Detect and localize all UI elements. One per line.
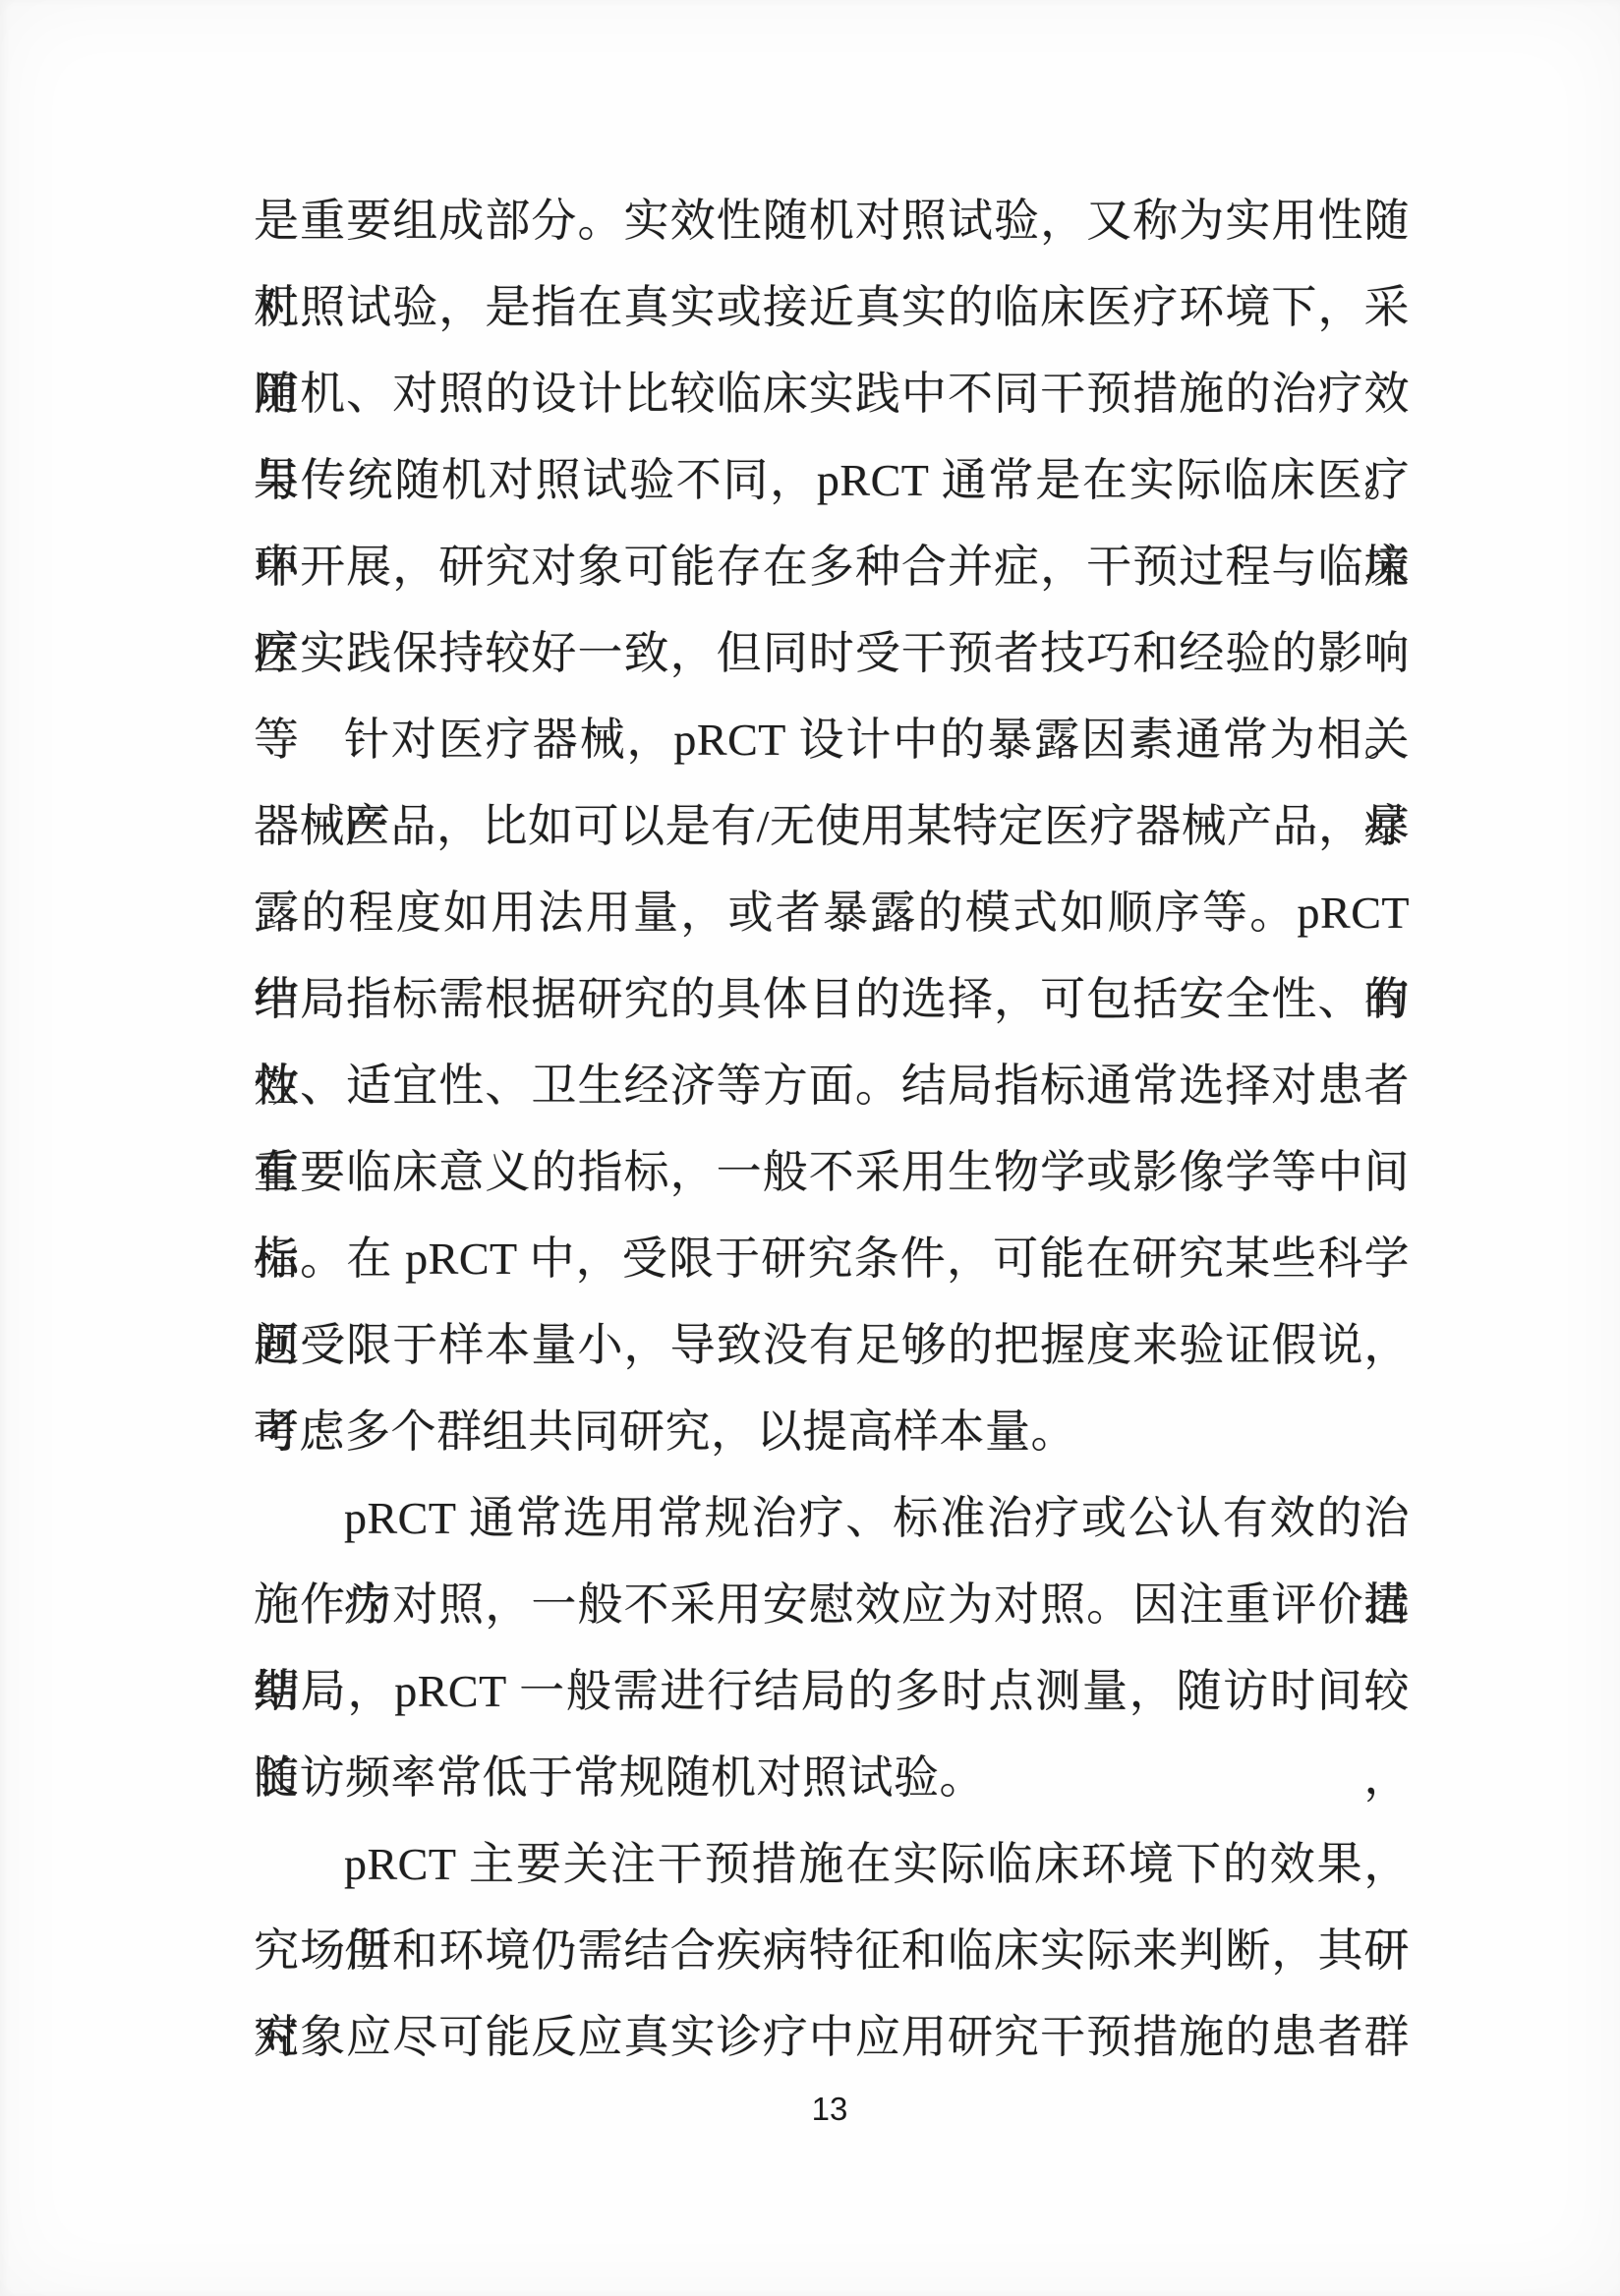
- text-line: 考虑多个群组共同研究，以提高样本量。: [254, 1389, 1410, 1475]
- text-line: 针对医疗器械，pRCT 设计中的暴露因素通常为相关医疗: [254, 697, 1410, 783]
- document-page: 是重要组成部分。实效性随机对照试验，又称为实用性随机对照试验，是指在真实或接近真…: [0, 0, 1620, 2296]
- text-line: 中开展，研究对象可能存在多种合并症，干预过程与临床医: [254, 524, 1410, 610]
- text-line: 究场所和环境仍需结合疾病特征和临床实际来判断，其研究: [254, 1908, 1410, 1994]
- text-line: pRCT 主要关注干预措施在实际临床环境下的效果，但研: [254, 1821, 1410, 1908]
- text-line: 疗实践保持较好一致，但同时受干预者技巧和经验的影响等。: [254, 610, 1410, 697]
- text-line: 结局，pRCT 一般需进行结局的多时点测量，随访时间较长，: [254, 1648, 1410, 1735]
- text-line: 与传统随机对照试验不同，pRCT 通常是在实际临床医疗环境: [254, 437, 1410, 524]
- text-line: 随机、对照的设计比较临床实践中不同干预措施的治疗效果。: [254, 351, 1410, 437]
- text-line: 露的程度如用法用量，或者暴露的模式如顺序等。pRCT 中的: [254, 870, 1410, 956]
- text-line: 对象应尽可能反应真实诊疗中应用研究干预措施的患者群: [254, 1994, 1410, 2081]
- page-number: 13: [751, 2090, 908, 2129]
- text-line: pRCT 通常选用常规治疗、标准治疗或公认有效的治疗措: [254, 1475, 1410, 1562]
- text-line: 标。在 pRCT 中，受限于研究条件，可能在研究某些科学问: [254, 1216, 1410, 1302]
- text-line: 结局指标需根据研究的具体目的选择，可包括安全性、有效: [254, 956, 1410, 1043]
- page-text: 是重要组成部分。实效性随机对照试验，又称为实用性随机对照试验，是指在真实或接近真…: [254, 178, 1410, 2081]
- text-line: 重要临床意义的指标，一般不采用生物学或影像学等中间指: [254, 1129, 1410, 1216]
- text-line: 器械产品，比如可以是有/无使用某特定医疗器械产品，暴: [254, 783, 1410, 870]
- text-line: 施作为对照，一般不采用安慰效应为对照。因注重评价远期: [254, 1562, 1410, 1648]
- text-line: 性、适宜性、卫生经济等方面。结局指标通常选择对患者有: [254, 1043, 1410, 1129]
- text-line: 是重要组成部分。实效性随机对照试验，又称为实用性随机: [254, 178, 1410, 264]
- text-line: 题受限于样本量小，导致没有足够的把握度来验证假说，可: [254, 1302, 1410, 1389]
- text-line: 对照试验，是指在真实或接近真实的临床医疗环境下，采用: [254, 264, 1410, 351]
